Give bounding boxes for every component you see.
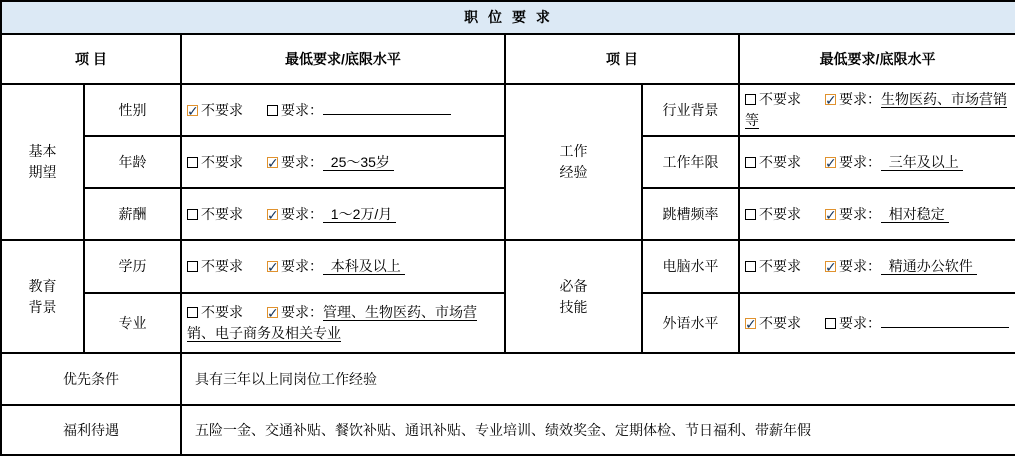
- cell-gender-requirement: 不要求要求：: [181, 84, 505, 136]
- cell-language-requirement: 不要求要求：: [739, 293, 1015, 353]
- requirement-option: 要求：: [825, 91, 881, 107]
- no-requirement-option: 不要求: [745, 258, 801, 274]
- no-requirement-label: 不要求: [759, 315, 801, 331]
- no-requirement-option: 不要求: [187, 102, 243, 118]
- welfare-value: 五险一金、交通补贴、餐饮补贴、通讯补贴、专业培训、绩效奖金、定期体检、节日福利、…: [181, 405, 1015, 455]
- checkbox-checked-icon[interactable]: [267, 261, 278, 272]
- no-requirement-label: 不要求: [759, 258, 801, 274]
- checkbox-checked-icon[interactable]: [267, 157, 278, 168]
- row-label-gender: 性别: [84, 84, 181, 136]
- requirement-label: 要求：: [281, 154, 323, 170]
- header-requirement-right: 最低要求/底限水平: [739, 34, 1015, 84]
- requirement-option: 要求：: [267, 154, 323, 170]
- cell-major-requirement: 不要求要求：管理、生物医药、市场营销、电子商务及相关专业: [181, 293, 505, 353]
- page-title: 职 位 要 求: [1, 1, 1015, 34]
- cell-jobhop-requirement: 不要求要求： 相对稳定: [739, 188, 1015, 240]
- no-requirement-option: 不要求: [187, 304, 243, 320]
- header-item-right: 项 目: [505, 34, 739, 84]
- checkbox-unchecked-icon[interactable]: [187, 261, 198, 272]
- requirement-option: 要求：: [267, 258, 323, 274]
- no-requirement-label: 不要求: [759, 91, 801, 107]
- checkbox-checked-icon[interactable]: [825, 209, 836, 220]
- row-label-jobhop-frequency: 跳槽频率: [642, 188, 739, 240]
- table-row: 教育 背景 学历 不要求要求： 本科及以上 必备 技能 电脑水平 不要求要求： …: [1, 240, 1015, 293]
- checkbox-unchecked-icon[interactable]: [187, 307, 198, 318]
- requirement-option: 要求：: [267, 304, 323, 320]
- cell-salary-requirement: 不要求要求： 1～2万/月: [181, 188, 505, 240]
- checkbox-unchecked-icon[interactable]: [745, 157, 756, 168]
- requirement-option: 要求：: [267, 102, 323, 118]
- no-requirement-label: 不要求: [201, 102, 243, 118]
- row-label-industry: 行业背景: [642, 84, 739, 136]
- no-requirement-option: 不要求: [745, 206, 801, 222]
- priority-conditions-value: 具有三年以上同岗位工作经验: [181, 353, 1015, 405]
- no-requirement-option: 不要求: [187, 154, 243, 170]
- checkbox-checked-icon[interactable]: [745, 318, 756, 329]
- requirement-option: 要求：: [825, 206, 881, 222]
- no-requirement-label: 不要求: [759, 154, 801, 170]
- cell-industry-requirement: 不要求要求：生物医药、市场营销等: [739, 84, 1015, 136]
- checkbox-unchecked-icon[interactable]: [267, 105, 278, 116]
- requirement-value-field[interactable]: 1～2万/月: [323, 206, 396, 223]
- checkbox-unchecked-icon[interactable]: [745, 209, 756, 220]
- checkbox-checked-icon[interactable]: [187, 105, 198, 116]
- checkbox-unchecked-icon[interactable]: [745, 261, 756, 272]
- no-requirement-label: 不要求: [759, 206, 801, 222]
- requirement-value-field[interactable]: 本科及以上: [323, 258, 405, 275]
- header-item-left: 项 目: [1, 34, 181, 84]
- checkbox-unchecked-icon[interactable]: [187, 209, 198, 220]
- checkbox-checked-icon[interactable]: [267, 209, 278, 220]
- welfare-label: 福利待遇: [1, 405, 181, 455]
- checkbox-unchecked-icon[interactable]: [187, 157, 198, 168]
- checkbox-unchecked-icon[interactable]: [825, 318, 836, 329]
- row-label-age: 年龄: [84, 136, 181, 188]
- no-requirement-option: 不要求: [745, 91, 801, 107]
- requirement-label: 要求：: [839, 258, 881, 274]
- checkbox-checked-icon[interactable]: [825, 94, 836, 105]
- requirement-label: 要求：: [281, 304, 323, 320]
- no-requirement-option: 不要求: [187, 258, 243, 274]
- requirement-label: 要求：: [839, 315, 881, 331]
- requirement-label: 要求：: [839, 154, 881, 170]
- welfare-row: 福利待遇 五险一金、交通补贴、餐饮补贴、通讯补贴、专业培训、绩效奖金、定期体检、…: [1, 405, 1015, 455]
- requirement-value-field[interactable]: [323, 100, 451, 115]
- requirement-option: 要求：: [825, 315, 881, 331]
- checkbox-unchecked-icon[interactable]: [745, 94, 756, 105]
- priority-conditions-row: 优先条件 具有三年以上同岗位工作经验: [1, 353, 1015, 405]
- no-requirement-option: 不要求: [745, 315, 801, 331]
- no-requirement-label: 不要求: [201, 258, 243, 274]
- group-work-experience: 工作 经验: [505, 84, 642, 240]
- no-requirement-label: 不要求: [201, 154, 243, 170]
- group-basic-expectations: 基本 期望: [1, 84, 84, 240]
- row-label-major: 专业: [84, 293, 181, 353]
- checkbox-checked-icon[interactable]: [825, 261, 836, 272]
- requirement-label: 要求：: [839, 206, 881, 222]
- header-requirement-left: 最低要求/底限水平: [181, 34, 505, 84]
- requirement-value-field[interactable]: 相对稳定: [881, 206, 949, 223]
- cell-degree-requirement: 不要求要求： 本科及以上: [181, 240, 505, 293]
- job-requirements-table: 职 位 要 求 项 目 最低要求/底限水平 项 目 最低要求/底限水平 基本 期…: [0, 0, 1015, 456]
- header-row: 项 目 最低要求/底限水平 项 目 最低要求/底限水平: [1, 34, 1015, 84]
- requirement-value-field[interactable]: 三年及以上: [881, 154, 963, 171]
- requirement-label: 要求：: [281, 258, 323, 274]
- row-label-computer-level: 电脑水平: [642, 240, 739, 293]
- priority-conditions-label: 优先条件: [1, 353, 181, 405]
- cell-age-requirement: 不要求要求： 25～35岁: [181, 136, 505, 188]
- checkbox-checked-icon[interactable]: [267, 307, 278, 318]
- requirement-option: 要求：: [267, 206, 323, 222]
- table-row: 基本 期望 性别 不要求要求： 工作 经验 行业背景 不要求要求：生物医药、市场…: [1, 84, 1015, 136]
- row-label-work-years: 工作年限: [642, 136, 739, 188]
- requirement-label: 要求：: [839, 91, 881, 107]
- no-requirement-label: 不要求: [201, 304, 243, 320]
- group-education-background: 教育 背景: [1, 240, 84, 353]
- requirement-label: 要求：: [281, 102, 323, 118]
- title-row: 职 位 要 求: [1, 1, 1015, 34]
- row-label-foreign-language: 外语水平: [642, 293, 739, 353]
- requirement-value-field[interactable]: 精通办公软件: [881, 258, 977, 275]
- requirement-value-field[interactable]: 25～35岁: [323, 154, 394, 171]
- row-label-salary: 薪酬: [84, 188, 181, 240]
- group-required-skills: 必备 技能: [505, 240, 642, 353]
- requirement-label: 要求：: [281, 206, 323, 222]
- requirement-option: 要求：: [825, 258, 881, 274]
- requirement-value-field[interactable]: [881, 313, 1009, 328]
- cell-work-years-requirement: 不要求要求： 三年及以上: [739, 136, 1015, 188]
- no-requirement-option: 不要求: [745, 154, 801, 170]
- cell-computer-requirement: 不要求要求： 精通办公软件: [739, 240, 1015, 293]
- requirement-option: 要求：: [825, 154, 881, 170]
- no-requirement-label: 不要求: [201, 206, 243, 222]
- no-requirement-option: 不要求: [187, 206, 243, 222]
- row-label-degree: 学历: [84, 240, 181, 293]
- checkbox-checked-icon[interactable]: [825, 157, 836, 168]
